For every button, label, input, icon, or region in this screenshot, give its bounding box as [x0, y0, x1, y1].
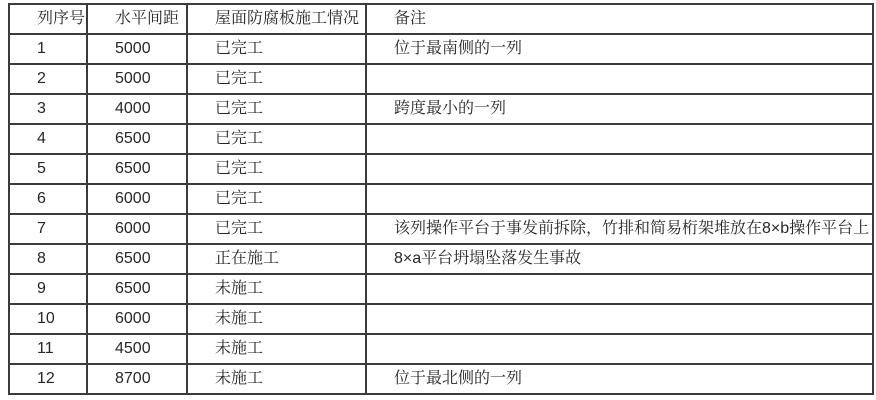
table-body: 15000已完工位于最南侧的一列25000已完工34000已完工跨度最小的一列4…: [9, 34, 873, 394]
column-header-1: 列序号: [9, 4, 87, 34]
table-cell-spacing: 6500: [87, 124, 187, 154]
table-cell-status: 未施工: [187, 334, 366, 364]
table-cell-remark: 位于最南侧的一列: [366, 34, 873, 64]
table-header-row: 列序号水平间距屋面防腐板施工情况备注: [9, 4, 873, 34]
column-header-4: 备注: [366, 4, 873, 34]
table-cell-status: 未施工: [187, 304, 366, 334]
table-cell-spacing: 5000: [87, 34, 187, 64]
table-cell-status: 正在施工: [187, 244, 366, 274]
table-row: 46500已完工: [9, 124, 873, 154]
table-cell-col_no: 8: [9, 244, 87, 274]
table-cell-remark: 跨度最小的一列: [366, 94, 873, 124]
table-cell-spacing: 5000: [87, 64, 187, 94]
table-row: 76000已完工该列操作平台于事发前拆除，竹排和简易桁架堆放在8×b操作平台上: [9, 214, 873, 244]
table-cell-col_no: 3: [9, 94, 87, 124]
table-cell-status: 已完工: [187, 94, 366, 124]
table-cell-col_no: 9: [9, 274, 87, 304]
table-row: 66000已完工: [9, 184, 873, 214]
table-cell-col_no: 7: [9, 214, 87, 244]
table-cell-spacing: 6000: [87, 304, 187, 334]
table-cell-status: 已完工: [187, 154, 366, 184]
table-cell-spacing: 8700: [87, 364, 187, 394]
table-cell-spacing: 6500: [87, 154, 187, 184]
construction-status-table: 列序号水平间距屋面防腐板施工情况备注 15000已完工位于最南侧的一列25000…: [8, 3, 874, 395]
table-cell-col_no: 11: [9, 334, 87, 364]
table-cell-status: 已完工: [187, 124, 366, 154]
table-cell-remark: [366, 64, 873, 94]
table-cell-spacing: 6000: [87, 214, 187, 244]
table-cell-spacing: 4000: [87, 94, 187, 124]
table-cell-spacing: 4500: [87, 334, 187, 364]
table-cell-col_no: 10: [9, 304, 87, 334]
table-cell-spacing: 6500: [87, 244, 187, 274]
document-page: 列序号水平间距屋面防腐板施工情况备注 15000已完工位于最南侧的一列25000…: [0, 0, 876, 400]
table-cell-remark: [366, 124, 873, 154]
table-cell-remark: [366, 184, 873, 214]
table-cell-spacing: 6500: [87, 274, 187, 304]
table-cell-status: 已完工: [187, 34, 366, 64]
table-row: 34000已完工跨度最小的一列: [9, 94, 873, 124]
table-cell-col_no: 6: [9, 184, 87, 214]
column-header-3: 屋面防腐板施工情况: [187, 4, 366, 34]
table-cell-spacing: 6000: [87, 184, 187, 214]
table-cell-remark: [366, 304, 873, 334]
table-cell-remark: [366, 274, 873, 304]
table-cell-status: 已完工: [187, 64, 366, 94]
table-cell-remark: 位于最北侧的一列: [366, 364, 873, 394]
table-cell-remark: 8×a平台坍塌坠落发生事故: [366, 244, 873, 274]
table-cell-remark: 该列操作平台于事发前拆除，竹排和简易桁架堆放在8×b操作平台上: [366, 214, 873, 244]
table-cell-status: 未施工: [187, 364, 366, 394]
table-cell-status: 未施工: [187, 274, 366, 304]
table-cell-col_no: 12: [9, 364, 87, 394]
table-cell-col_no: 1: [9, 34, 87, 64]
table-cell-remark: [366, 154, 873, 184]
table-cell-col_no: 2: [9, 64, 87, 94]
table-cell-remark: [366, 334, 873, 364]
table-row: 114500未施工: [9, 334, 873, 364]
table-cell-status: 已完工: [187, 214, 366, 244]
table-row: 86500正在施工8×a平台坍塌坠落发生事故: [9, 244, 873, 274]
column-header-2: 水平间距: [87, 4, 187, 34]
table-row: 128700未施工位于最北侧的一列: [9, 364, 873, 394]
table-row: 106000未施工: [9, 304, 873, 334]
table-row: 56500已完工: [9, 154, 873, 184]
table-cell-col_no: 5: [9, 154, 87, 184]
table-row: 25000已完工: [9, 64, 873, 94]
table-row: 15000已完工位于最南侧的一列: [9, 34, 873, 64]
table-cell-status: 已完工: [187, 184, 366, 214]
table-row: 96500未施工: [9, 274, 873, 304]
table-cell-col_no: 4: [9, 124, 87, 154]
